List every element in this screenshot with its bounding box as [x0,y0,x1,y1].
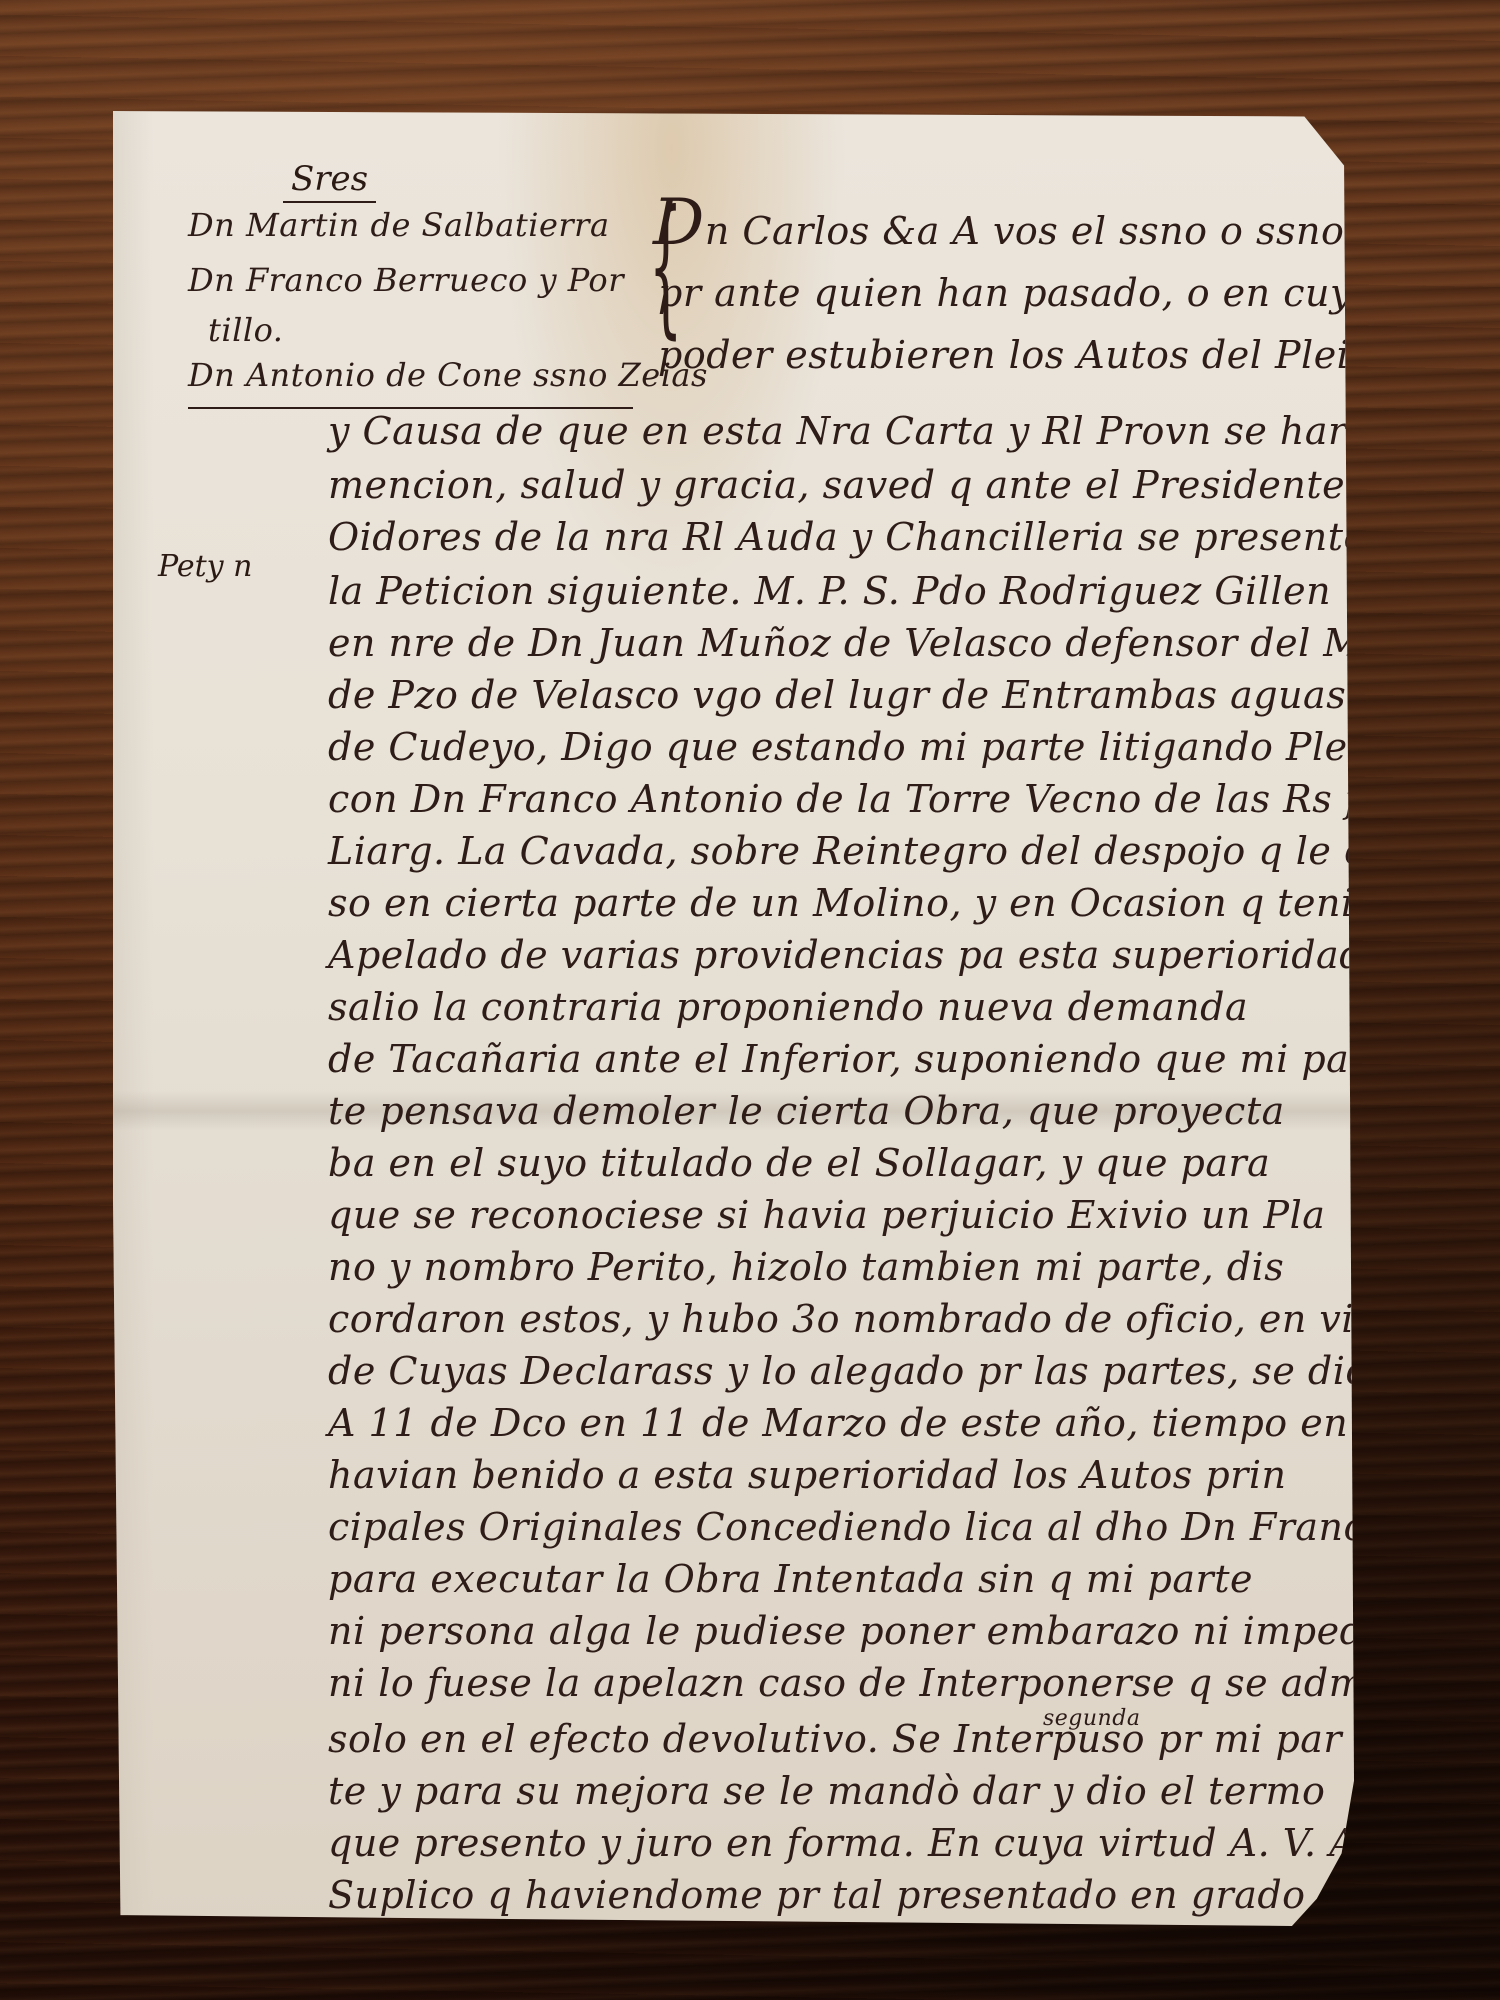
opening-line: pr ante quien han pasado, o en cuyo [658,271,1375,315]
addressee-line: tillo. [208,311,283,349]
addressee-line: Dn Franco Berrueco y Por [188,261,624,299]
opening-text: n Carlos &a A vos el ssno o ssnos [705,209,1365,253]
body-line: de Tacañaria ante el Inferior, suponiend… [328,1037,1368,1081]
manuscript-page: Sres Dn Martin de Salbatierra Dn Franco … [113,111,1354,1926]
addressee-line: Dn Martin de Salbatierra [188,206,610,244]
body-line: ni lo fuese la apelazn caso de Interpone… [328,1661,1448,1705]
body-line: so en cierta parte de un Molino, y en Oc… [328,881,1377,925]
body-line: Apelado de varias providencias pa esta s… [328,933,1364,977]
document-heading: Sres [283,159,376,203]
body-line: A 11 de Dco en 11 de Marzo de este año, … [328,1401,1491,1445]
body-line: de Pzo de Velasco vgo del lugr de Entram… [328,673,1463,717]
body-line: salio la contraria proponiendo nueva dem… [328,985,1248,1029]
body-line: solo en el efecto devolutivo. Se Interpu… [328,1717,1342,1761]
body-line: Liarg. La Cavada, sobre Reintegro del de… [328,829,1414,873]
body-line: te pensava demoler le cierta Obra, que p… [328,1089,1285,1133]
body-line: Oidores de la nra Rl Auda y Chancilleria… [328,515,1367,559]
body-line: ni persona alga le pudiese poner embaraz… [328,1609,1465,1653]
addressee-line: Dn Antonio de Cone ssno Zeias [188,356,708,394]
body-line: ba en el suyo titulado de el Sollagar, y… [328,1141,1270,1185]
body-line: te y para su mejora se le mandò dar y di… [328,1769,1325,1813]
body-line: de Cuyas Declarass y lo alegado pr las p… [328,1349,1473,1393]
body-line: para executar la Obra Intentada sin q mi… [328,1557,1253,1601]
body-line: mencion, salud y gracia, saved q ante el… [328,463,1380,507]
body-line: en nre de Dn Juan Muñoz de Velasco defen… [328,621,1429,665]
body-line: no y nombro Perito, hizolo tambien mi pa… [328,1245,1284,1289]
body-line: con Dn Franco Antonio de la Torre Vecno … [328,777,1500,821]
body-line: Suplico q haviendome pr tal presentado e… [328,1873,1306,1917]
body-line: que presento y juro en forma. En cuya vi… [328,1821,1370,1865]
opening-line: poder estubieren los Autos del Pleito [658,333,1388,377]
margin-note: Pety n [158,549,252,584]
opening-line: Dn Carlos &a A vos el ssno o ssnos [653,186,1364,260]
body-line: y Causa de que en esta Nra Carta y Rl Pr… [328,409,1370,453]
body-line: de Cudeyo, Digo que estando mi parte lit… [328,725,1399,769]
body-line: havian benido a esta superioridad los Au… [328,1453,1286,1497]
body-line: que se reconociese si havia perjuicio Ex… [328,1193,1325,1237]
body-line: cordaron estos, y hubo 3o nombrado de of… [328,1297,1413,1341]
body-line: la Peticion siguiente. M. P. S. Pdo Rodr… [328,569,1331,613]
drop-cap: D [653,186,705,260]
body-line: cipales Originales Concediendo lica al d… [328,1505,1389,1549]
